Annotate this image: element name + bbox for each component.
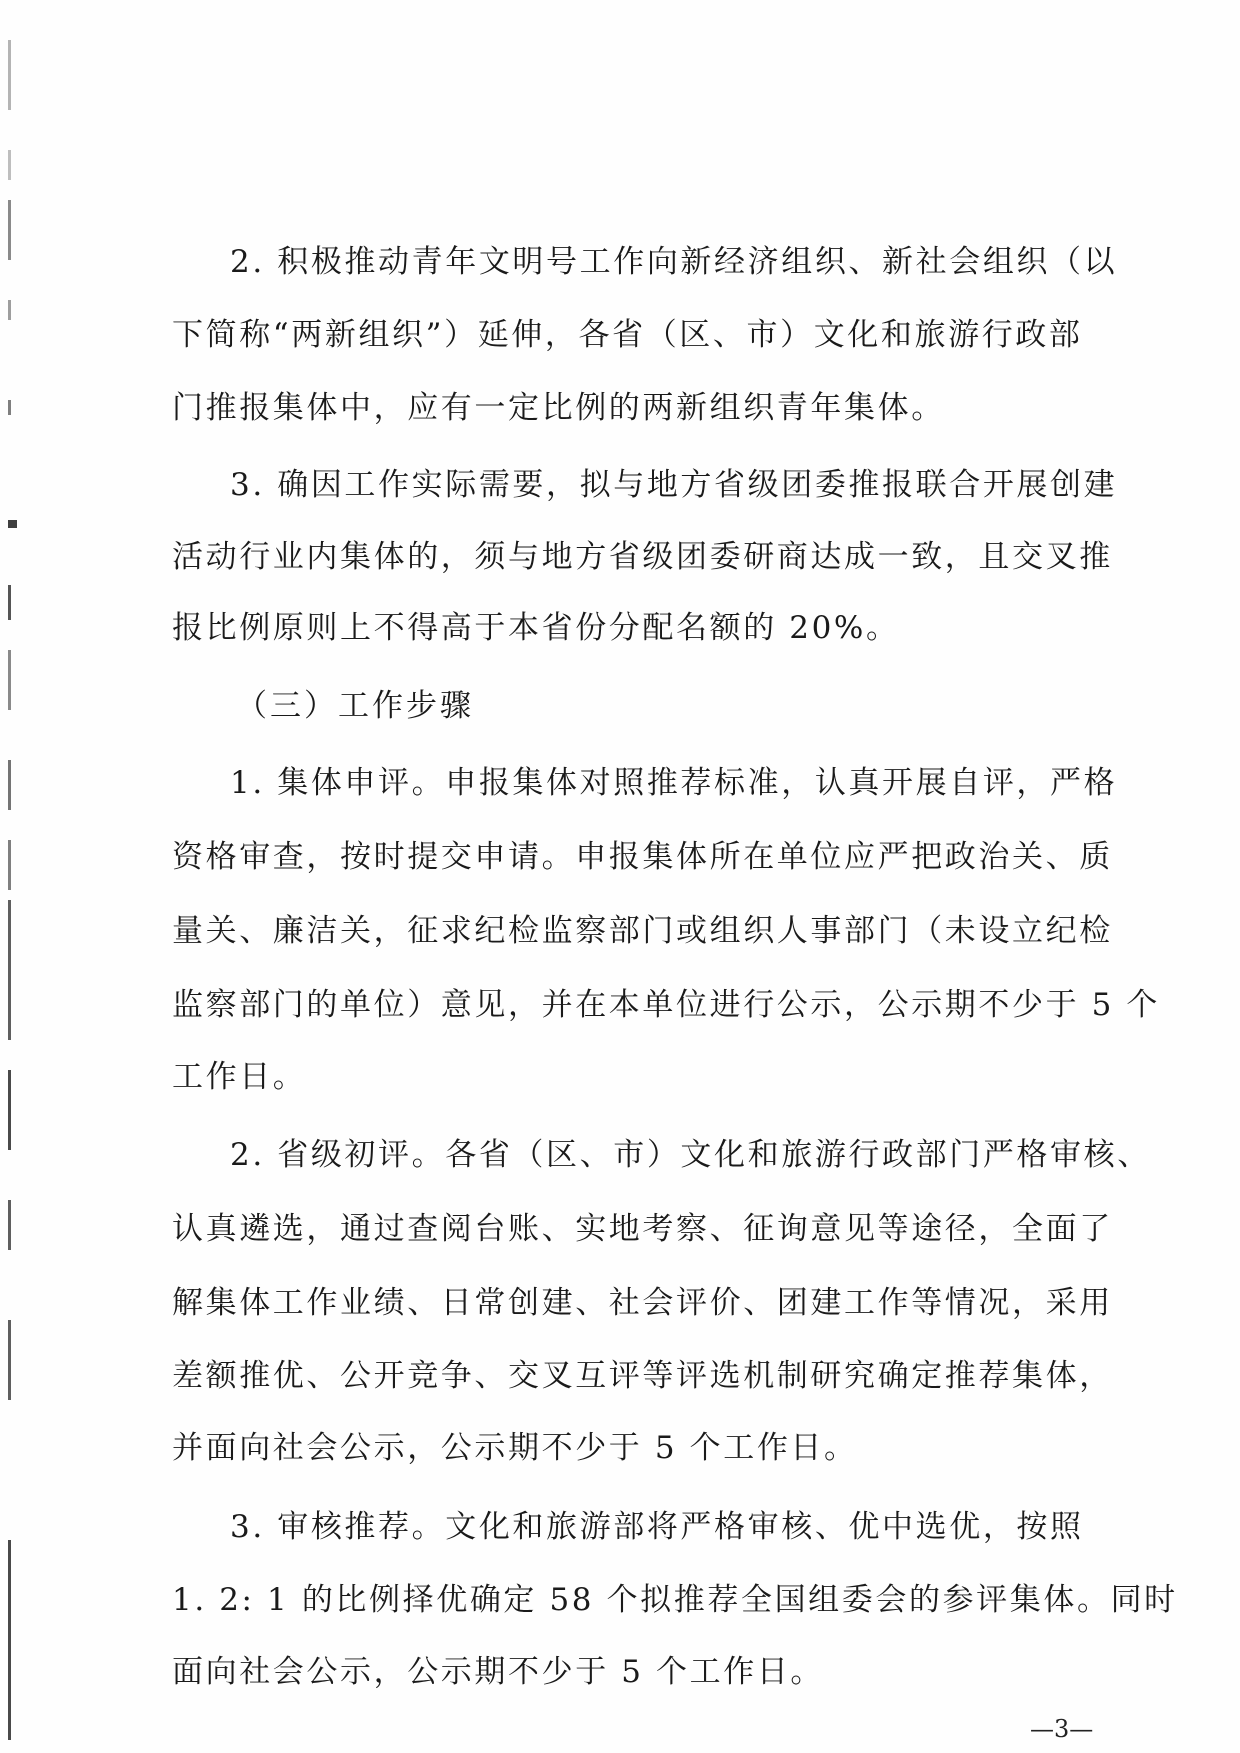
- text-line: 1. 2: 1 的比例择优确定 58 个拟推荐全国组委会的参评集体。同时: [172, 1580, 1078, 1620]
- text-line: 报比例原则上不得高于本省份分配名额的 20%。: [172, 608, 1078, 648]
- binding-mark: [8, 1070, 11, 1150]
- binding-mark: [8, 585, 11, 620]
- binding-mark: [8, 650, 11, 710]
- text-line: 认真遴选，通过查阅台账、实地考察、征询意见等途径，全面了: [172, 1209, 1078, 1249]
- text-line: 差额推优、公开竞争、交叉互评等评选机制研究确定推荐集体，: [172, 1356, 1078, 1396]
- binding-mark: [8, 400, 11, 415]
- document-page: 2. 积极推动青年文明号工作向新经济组织、新社会组织（以 下简称“两新组织”）延…: [0, 0, 1240, 1753]
- binding-mark: [8, 40, 11, 110]
- text-line: 面向社会公示，公示期不少于 5 个工作日。: [172, 1652, 1078, 1692]
- binding-mark: [8, 1200, 11, 1250]
- text-line: 资格审查，按时提交申请。申报集体所在单位应严把政治关、质: [172, 837, 1078, 877]
- binding-mark: [8, 300, 11, 320]
- text-line: 监察部门的单位）意见，并在本单位进行公示，公示期不少于 5 个: [172, 985, 1078, 1025]
- text-line: 门推报集体中，应有一定比例的两新组织青年集体。: [172, 388, 1078, 428]
- section-heading: （三）工作步骤: [236, 686, 474, 726]
- text-line: 3. 确因工作实际需要，拟与地方省级团委推报联合开展创建: [230, 465, 1078, 505]
- binding-mark: [8, 900, 11, 1040]
- binding-mark: [8, 200, 11, 260]
- text-line: 量关、廉洁关，征求纪检监察部门或组织人事部门（未设立纪检: [172, 911, 1078, 951]
- binding-mark: [8, 1320, 11, 1400]
- binding-mark: [8, 1540, 11, 1740]
- binding-mark: [8, 150, 11, 180]
- page-number: —3—: [1030, 1715, 1093, 1743]
- binding-mark: [8, 760, 11, 810]
- text-line: 下简称“两新组织”）延伸，各省（区、市）文化和旅游行政部: [172, 315, 1078, 355]
- text-line: 工作日。: [172, 1057, 1078, 1097]
- text-line: 解集体工作业绩、日常创建、社会评价、团建工作等情况，采用: [172, 1283, 1078, 1323]
- text-line: 活动行业内集体的，须与地方省级团委研商达成一致，且交叉推: [172, 537, 1078, 577]
- binding-mark: [8, 840, 11, 890]
- text-line: 2. 积极推动青年文明号工作向新经济组织、新社会组织（以: [230, 242, 1078, 282]
- text-line: 并面向社会公示，公示期不少于 5 个工作日。: [172, 1428, 1078, 1468]
- binding-mark: [8, 520, 17, 528]
- text-line: 3. 审核推荐。文化和旅游部将严格审核、优中选优，按照: [230, 1507, 1078, 1547]
- text-line: 1. 集体申评。申报集体对照推荐标准，认真开展自评，严格: [230, 763, 1078, 803]
- text-line: 2. 省级初评。各省（区、市）文化和旅游行政部门严格审核、: [230, 1135, 1078, 1175]
